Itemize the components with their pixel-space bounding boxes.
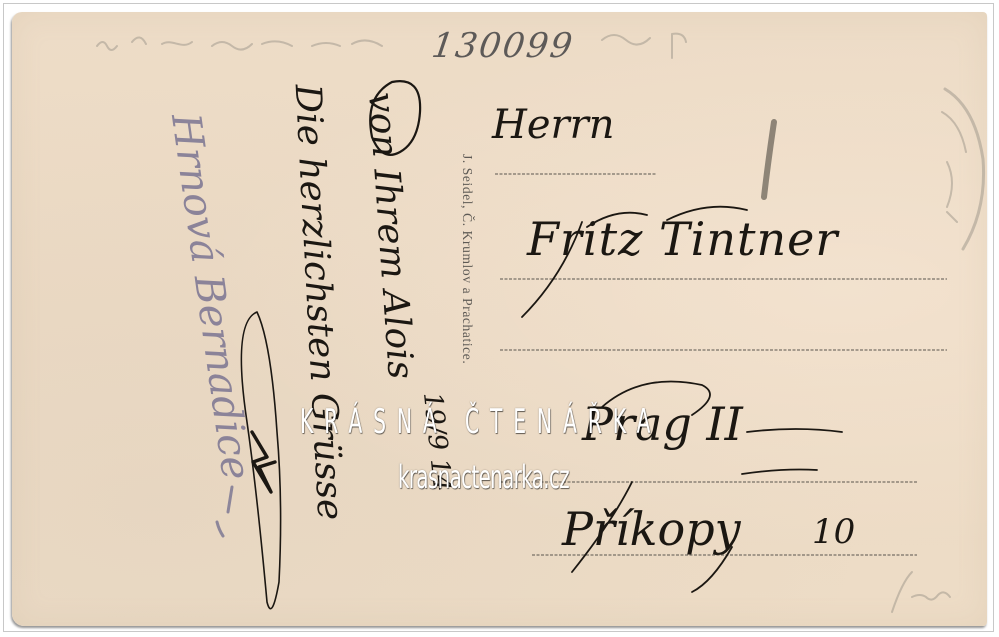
postcard: 130099 J. Seidel, Č. Krumlov a Prachatic… [12,12,987,626]
archive-number: 130099 [429,26,576,66]
address-house-number: 10 [812,512,855,552]
address-salutation: Herrn [492,102,615,148]
printer-imprint: J. Seidel, Č. Krumlov a Prachatice. [459,154,475,364]
address-name: Fritz Tintner [527,212,838,266]
watermark-url: krasnactenarka.cz [398,458,547,496]
address-street: Příkopy [562,502,741,556]
watermark-title: KRÁSNÁ ČTENÁŘKA [300,402,540,442]
